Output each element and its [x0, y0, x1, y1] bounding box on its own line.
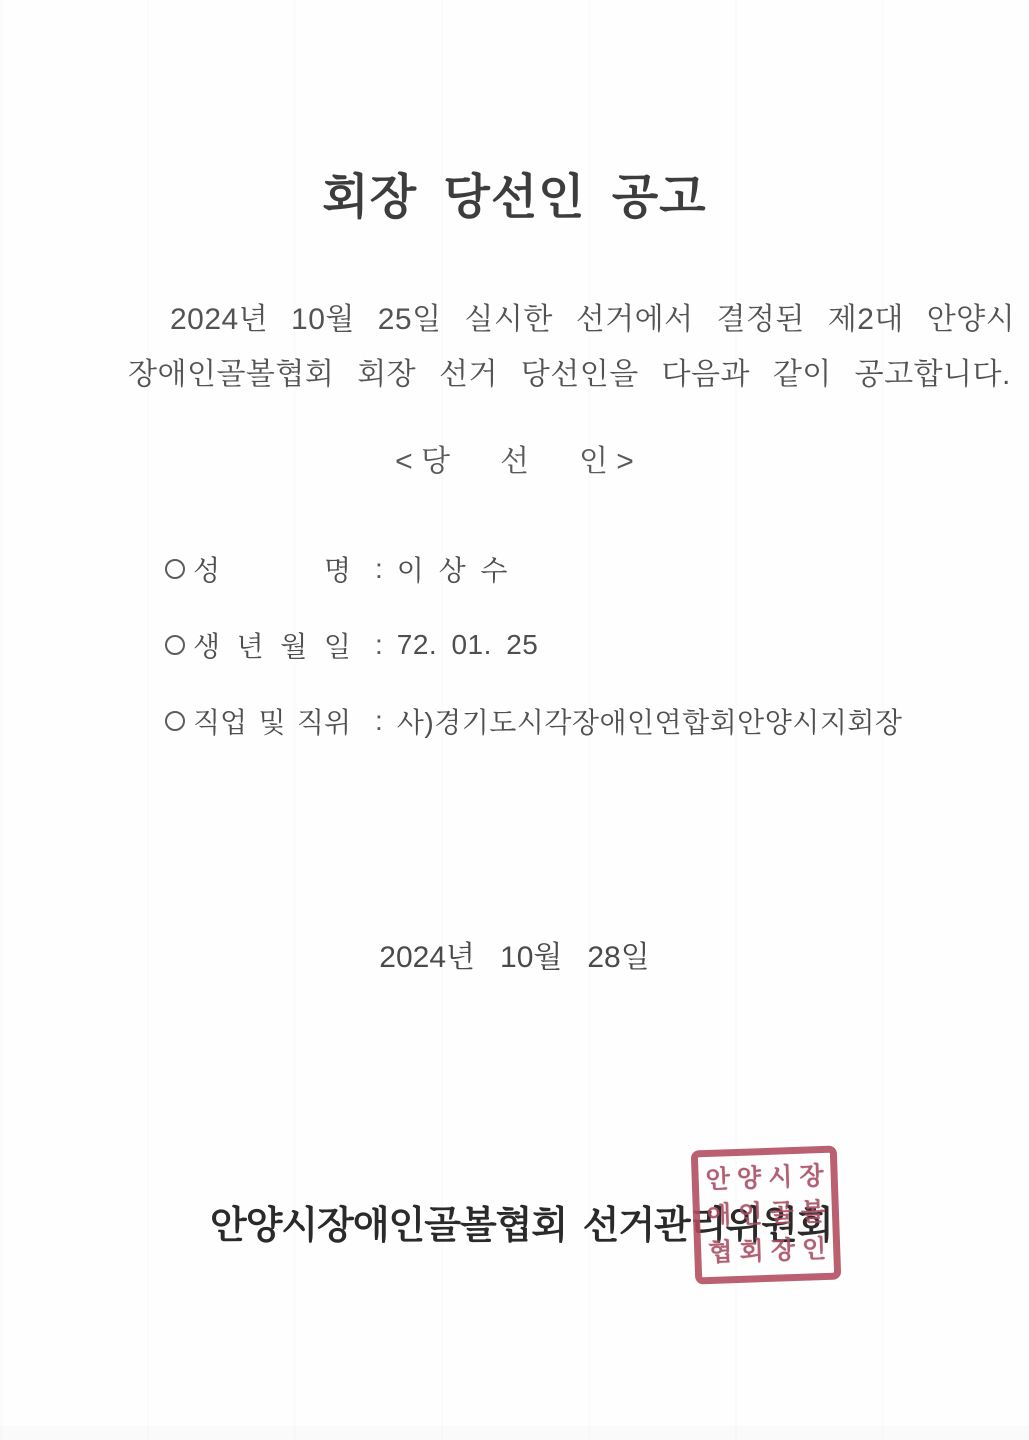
field-row-name: 성명 : 이 상 수: [165, 552, 965, 586]
field-value-birthdate: 72. 01. 25: [397, 629, 539, 661]
field-label-name: 성명: [193, 549, 351, 589]
field-colon: :: [375, 553, 383, 585]
field-label-birthdate: 생년월일: [193, 625, 351, 665]
field-colon: :: [375, 629, 383, 661]
scanned-document-page: 회장 당선인 공고 2024년 10월 25일 실시한 선거에서 결정된 제2대…: [0, 0, 1029, 1440]
seal-row-1: 안양시장: [705, 1164, 824, 1193]
field-value-name: 이 상 수: [397, 549, 508, 589]
section-heading-elected-person: < 당 선 인 >: [0, 436, 1029, 480]
field-row-birthdate: 생년월일 : 72. 01. 25: [165, 628, 965, 662]
announcement-date: 2024년 10월 28일: [0, 932, 1029, 976]
elected-person-fields: 성명 : 이 상 수 생년월일 : 72. 01. 25 직업및직위 : 사)경…: [165, 552, 965, 780]
field-colon: :: [375, 705, 383, 737]
seal-row-2: 애인골볼: [707, 1200, 826, 1229]
circle-bullet-icon: [165, 635, 185, 655]
field-label-occupation: 직업및직위: [193, 701, 351, 741]
field-row-occupation: 직업및직위 : 사)경기도시각장애인연합회안양시지회장: [165, 704, 965, 738]
page-title: 회장 당선인 공고: [0, 158, 1029, 227]
paragraph-line-2: 장애인골볼협회 회장 선거 당선인을 다음과 같이 공고합니다.: [128, 347, 928, 402]
paragraph-line-1: 2024년 10월 25일 실시한 선거에서 결정된 제2대 안양시: [128, 292, 928, 347]
seal-row-3: 협회장인: [708, 1237, 827, 1266]
field-value-occupation: 사)경기도시각장애인연합회안양시지회장: [397, 701, 903, 741]
official-red-seal-stamp: 안양시장 애인골볼 협회장인: [691, 1145, 842, 1284]
circle-bullet-icon: [165, 711, 185, 731]
circle-bullet-icon: [165, 559, 185, 579]
announcement-paragraph: 2024년 10월 25일 실시한 선거에서 결정된 제2대 안양시 장애인골볼…: [128, 292, 928, 402]
